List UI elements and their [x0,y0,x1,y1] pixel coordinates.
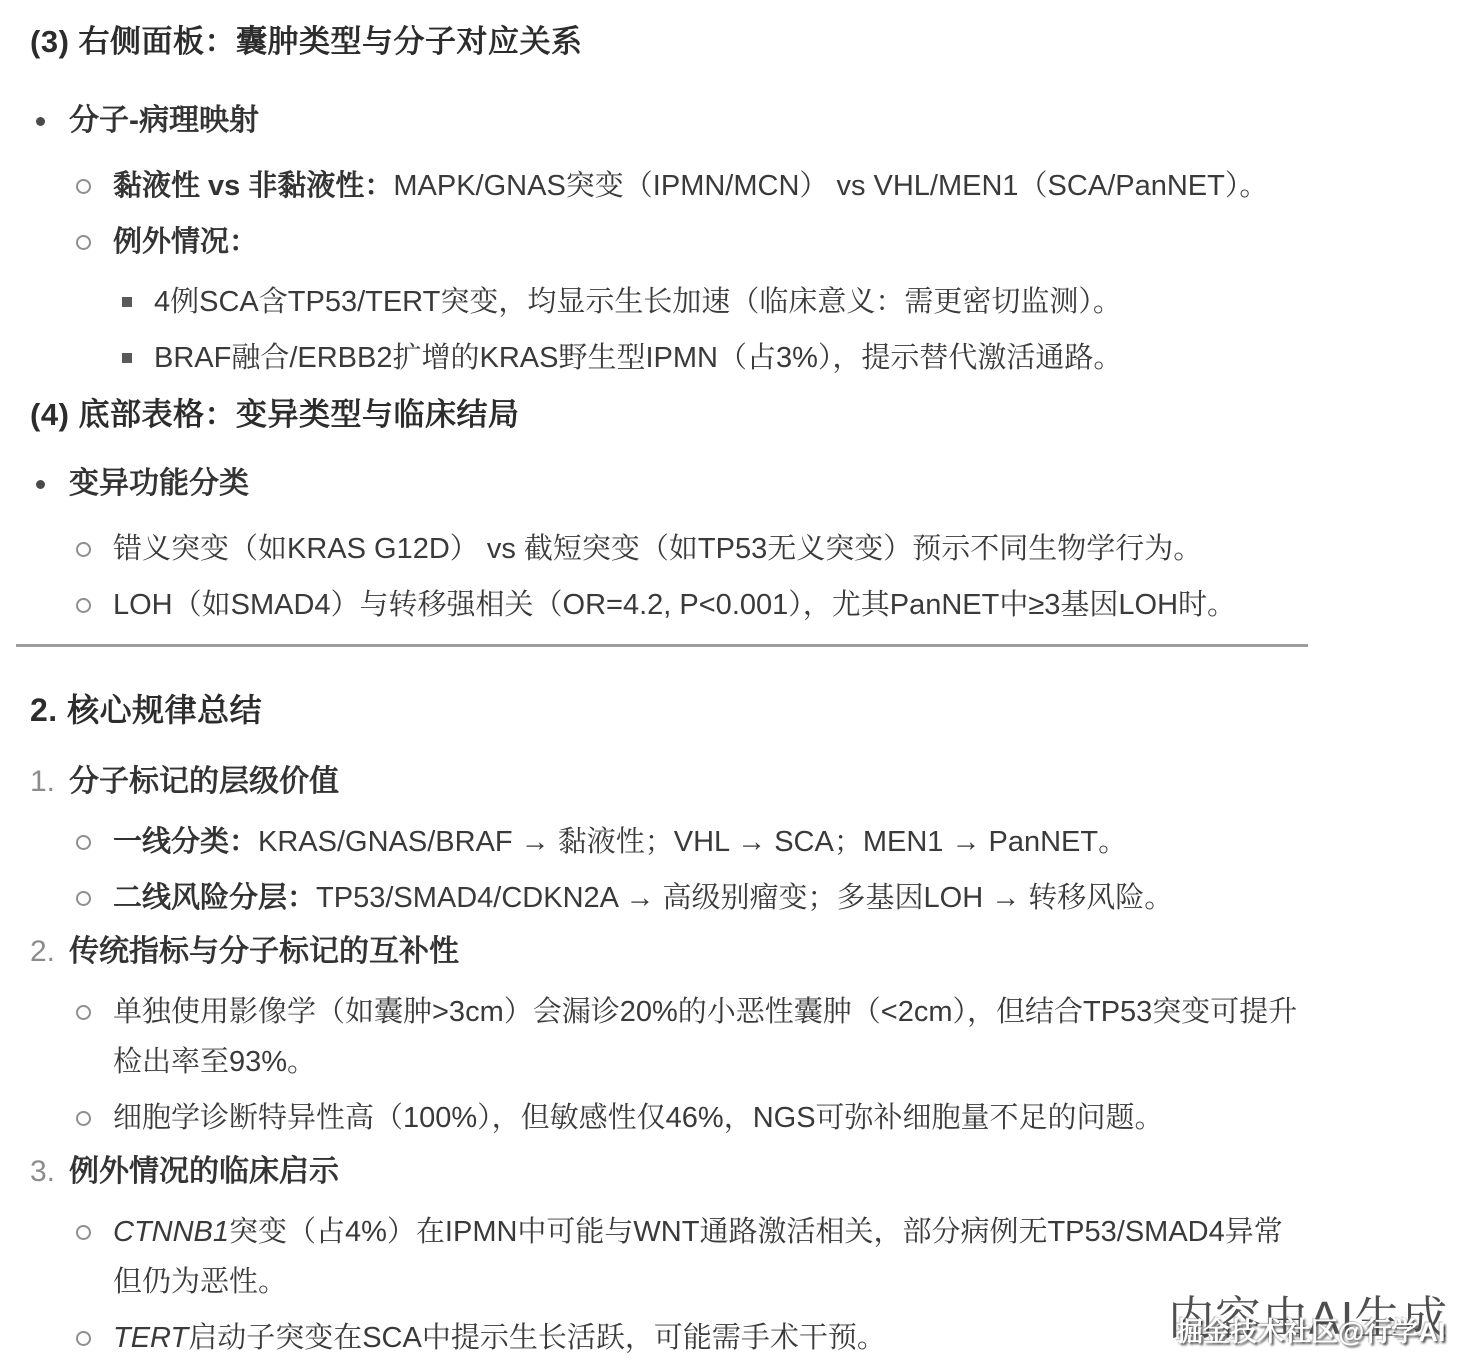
point-number: 2. [30,931,55,973]
point-title: 例外情况的临床启示 [69,1151,339,1193]
square-bullet-icon [122,353,132,363]
section-3-detail-list: 4例SCA含TP53/TERT突变，均显示生长加速（临床意义：需更密切监测）。 … [122,277,1446,383]
point-title: 分子标记的层级价值 [69,761,339,803]
point-2-sub-list: 单独使用影像学（如囊肿>3cm）会漏诊20%的小恶性囊肿（<2cm），但结合TP… [76,987,1446,1143]
numbered-point-1: 1. 分子标记的层级价值 [30,761,1446,803]
list-item-text: 4例SCA含TP53/TERT突变，均显示生长加速（临床意义：需更密切监测）。 [154,277,1122,327]
filled-bullet-icon [36,117,45,126]
gene-name-italic: CTNNB1 [113,1216,229,1248]
section-4-sub-list: 错义突变（如KRAS G12D） vs 截短突变（如TP53无义突变）预示不同生… [76,524,1446,630]
list-item: 黏液性 vs 非黏液性：MAPK/GNAS突变（IPMN/MCN） vs VHL… [76,161,1446,211]
point-number: 1. [30,761,55,803]
hollow-circle-bullet-icon [76,235,91,250]
hollow-circle-bullet-icon [76,891,91,906]
item-rest: MAPK/GNAS突变（IPMN/MCN） vs VHL/MEN1（SCA/Pa… [393,170,1268,202]
list-item: 变异功能分类 [36,462,1446,506]
list-item: LOH（如SMAD4）与转移强相关（OR=4.2, P<0.001），尤其Pan… [76,580,1446,630]
document-page: (3) 右侧面板：囊肿类型与分子对应关系 分子-病理映射 黏液性 vs 非黏液性… [0,0,1474,1370]
list-item-text: 错义突变（如KRAS G12D） vs 截短突变（如TP53无义突变）预示不同生… [113,524,1202,574]
item-rest: 突变（占4%）在IPMN中可能与WNT通路激活相关，部分病例无TP53/SMAD… [113,1216,1283,1298]
list-item: 错义突变（如KRAS G12D） vs 截短突变（如TP53无义突变）预示不同生… [76,524,1446,574]
list-item: 细胞学诊断特异性高（100%），但敏感性仅46%，NGS可弥补细胞量不足的问题。 [76,1093,1446,1143]
hollow-circle-bullet-icon [76,1005,91,1020]
hollow-circle-bullet-icon [76,1111,91,1126]
list-item-text: 例外情况： [113,217,258,267]
list-item-text: 黏液性 vs 非黏液性：MAPK/GNAS突变（IPMN/MCN） vs VHL… [113,161,1268,211]
hollow-circle-bullet-icon [76,1225,91,1240]
square-bullet-icon [122,297,132,307]
horizontal-divider [16,644,1308,647]
hollow-circle-bullet-icon [76,179,91,194]
list-item: 二线风险分层：TP53/SMAD4/CDKN2A → 高级别瘤变；多基因LOH … [76,873,1446,923]
hollow-circle-bullet-icon [76,835,91,850]
section-4-bullet-list: 变异功能分类 [36,462,1446,506]
list-item: 一线分类：KRAS/GNAS/BRAF → 黏液性；VHL → SCA；MEN1… [76,817,1446,867]
list-item-text: CTNNB1突变（占4%）在IPMN中可能与WNT通路激活相关，部分病例无TP5… [113,1207,1303,1307]
list-item: 例外情况： [76,217,1446,267]
hollow-circle-bullet-icon [76,598,91,613]
section-3-sub-list: 黏液性 vs 非黏液性：MAPK/GNAS突变（IPMN/MCN） vs VHL… [76,161,1446,267]
list-item-text: 单独使用影像学（如囊肿>3cm）会漏诊20%的小恶性囊肿（<2cm），但结合TP… [113,987,1303,1087]
bullet-label: 分子-病理映射 [69,99,259,143]
item-lead: 二线风险分层： [113,882,316,914]
item-lead: 一线分类： [113,826,258,858]
numbered-point-2: 2. 传统指标与分子标记的互补性 [30,931,1446,973]
list-item-text: LOH（如SMAD4）与转移强相关（OR=4.2, P<0.001），尤其Pan… [113,580,1236,630]
list-item: 4例SCA含TP53/TERT突变，均显示生长加速（临床意义：需更密切监测）。 [122,277,1446,327]
section-3-heading: (3) 右侧面板：囊肿类型与分子对应关系 [30,16,1446,61]
community-watermark: 掘金技术社区@行学AI [1176,1310,1445,1349]
item-lead: 黏液性 vs 非黏液性： [113,170,393,202]
hollow-circle-bullet-icon [76,1331,91,1346]
list-item-text: 细胞学诊断特异性高（100%），但敏感性仅46%，NGS可弥补细胞量不足的问题。 [113,1093,1164,1143]
point-number: 3. [30,1151,55,1193]
list-item-text: 二线风险分层：TP53/SMAD4/CDKN2A → 高级别瘤变；多基因LOH … [113,873,1173,923]
point-title: 传统指标与分子标记的互补性 [69,931,459,973]
list-item-text: TERT启动子突变在SCA中提示生长活跃，可能需手术干预。 [113,1313,886,1363]
point-1-sub-list: 一线分类：KRAS/GNAS/BRAF → 黏液性；VHL → SCA；MEN1… [76,817,1446,923]
list-item: 单独使用影像学（如囊肿>3cm）会漏诊20%的小恶性囊肿（<2cm），但结合TP… [76,987,1446,1087]
bullet-label: 变异功能分类 [69,462,249,506]
filled-bullet-icon [36,480,45,489]
summary-heading: 2. 核心规律总结 [30,685,1446,731]
item-rest: TP53/SMAD4/CDKN2A → 高级别瘤变；多基因LOH → 转移风险。 [316,882,1173,914]
numbered-point-3: 3. 例外情况的临床启示 [30,1151,1446,1193]
list-item: BRAF融合/ERBB2扩增的KRAS野生型IPMN（占3%），提示替代激活通路… [122,333,1446,383]
item-lead: 例外情况： [113,226,258,258]
item-rest: KRAS/GNAS/BRAF → 黏液性；VHL → SCA；MEN1 → Pa… [258,826,1127,858]
section-3-bullet-list: 分子-病理映射 [36,99,1446,143]
list-item-text: BRAF融合/ERBB2扩增的KRAS野生型IPMN（占3%），提示替代激活通路… [154,333,1122,383]
list-item-text: 一线分类：KRAS/GNAS/BRAF → 黏液性；VHL → SCA；MEN1… [113,817,1127,867]
list-item: 分子-病理映射 [36,99,1446,143]
gene-name-italic: TERT [113,1322,188,1354]
hollow-circle-bullet-icon [76,542,91,557]
section-4-heading: (4) 底部表格：变异类型与临床结局 [30,389,1446,434]
item-rest: 启动子突变在SCA中提示生长活跃，可能需手术干预。 [188,1322,886,1354]
